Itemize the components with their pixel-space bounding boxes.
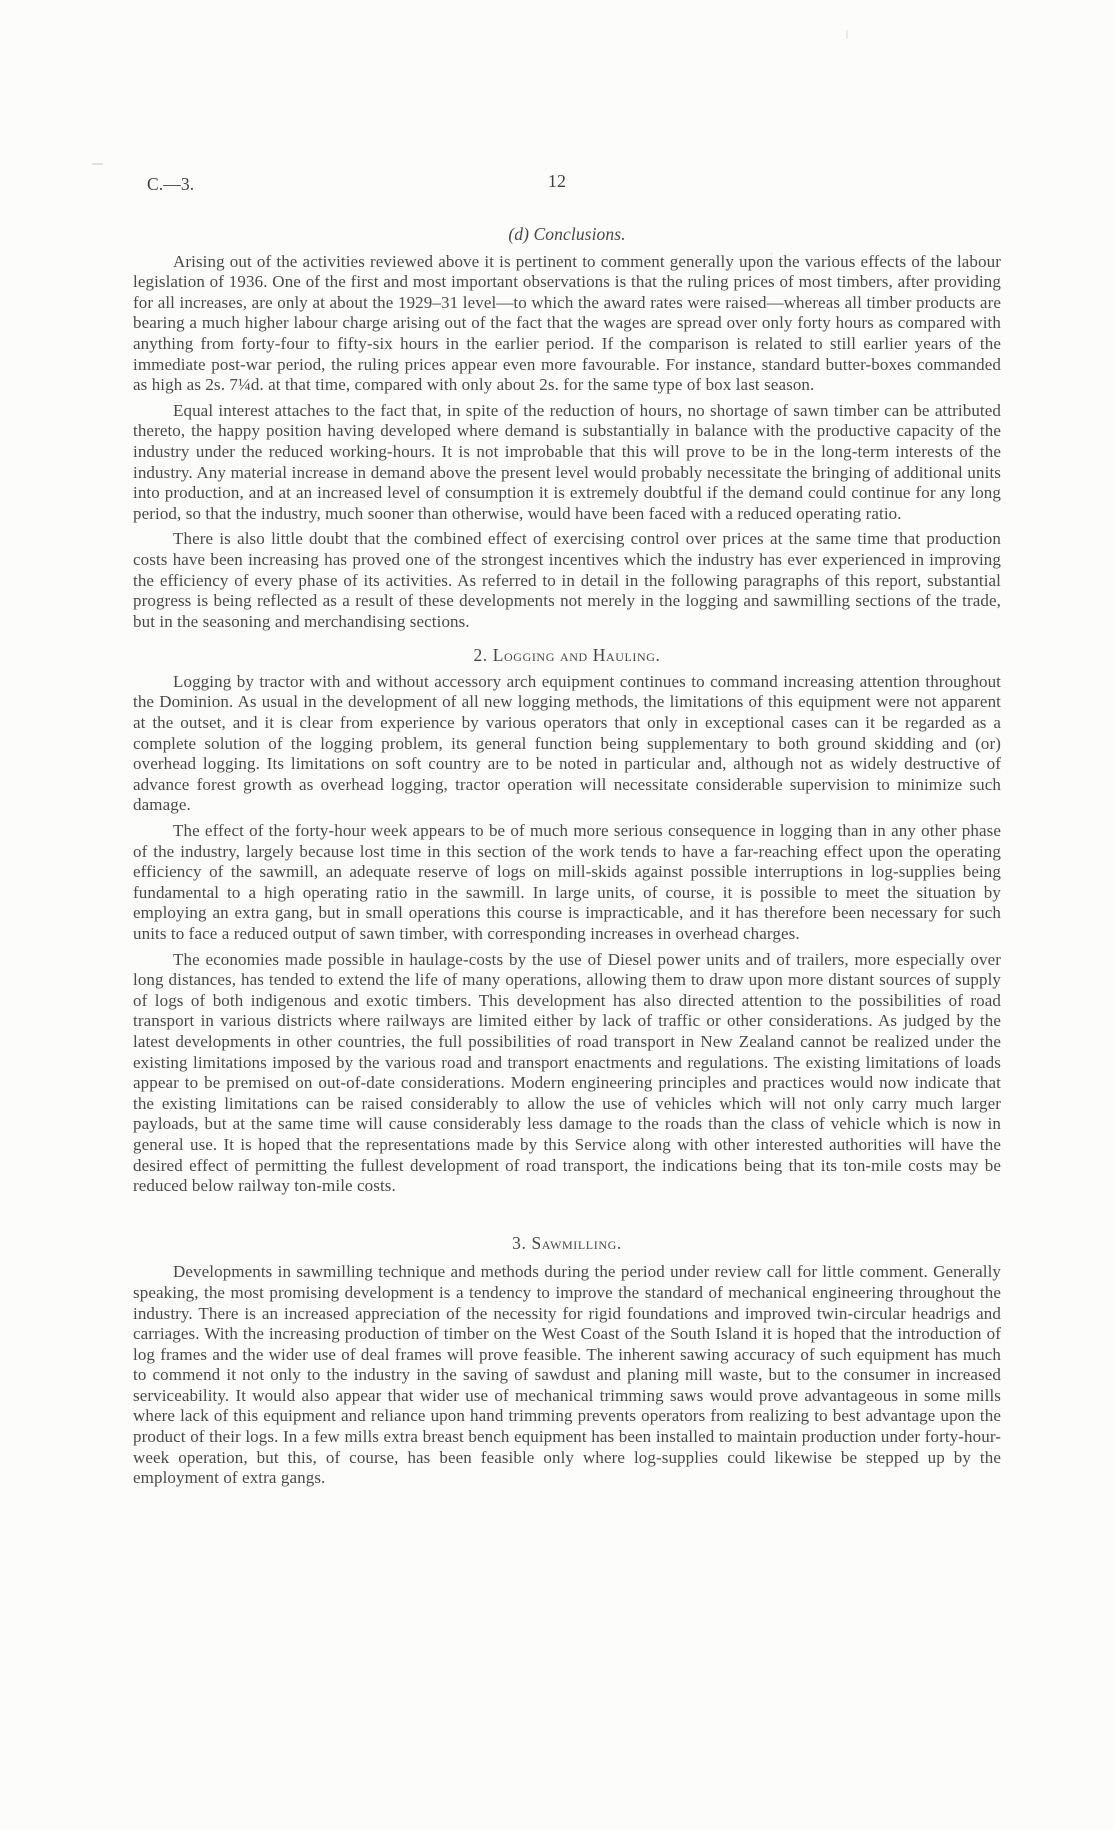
page-body: (d) Conclusions. Arising out of the acti… — [133, 0, 1001, 1489]
scan-artifact — [92, 163, 103, 165]
paragraph-logging-3: The economies made possible in haulage-c… — [133, 950, 1001, 1197]
paragraph-logging-1: Logging by tractor with and without acce… — [133, 672, 1001, 816]
paragraph-conclusions-1: Arising out of the activities reviewed a… — [133, 252, 1001, 396]
paragraph-sawmilling-1: Developments in sawmilling technique and… — [133, 1262, 1001, 1489]
paragraph-conclusions-3: There is also little doubt that the comb… — [133, 529, 1001, 632]
section-heading-logging-and-hauling: 2. Logging and Hauling. — [133, 645, 1001, 666]
paragraph-conclusions-2: Equal interest attaches to the fact that… — [133, 401, 1001, 525]
paragraph-logging-2: The effect of the forty-hour week appear… — [133, 821, 1001, 945]
section-heading-sawmilling: 3. Sawmilling. — [133, 1233, 1001, 1254]
section-heading-conclusions: (d) Conclusions. — [133, 224, 1001, 245]
document-page: C.—3. 12 (d) Conclusions. Arising out of… — [0, 0, 1114, 1830]
